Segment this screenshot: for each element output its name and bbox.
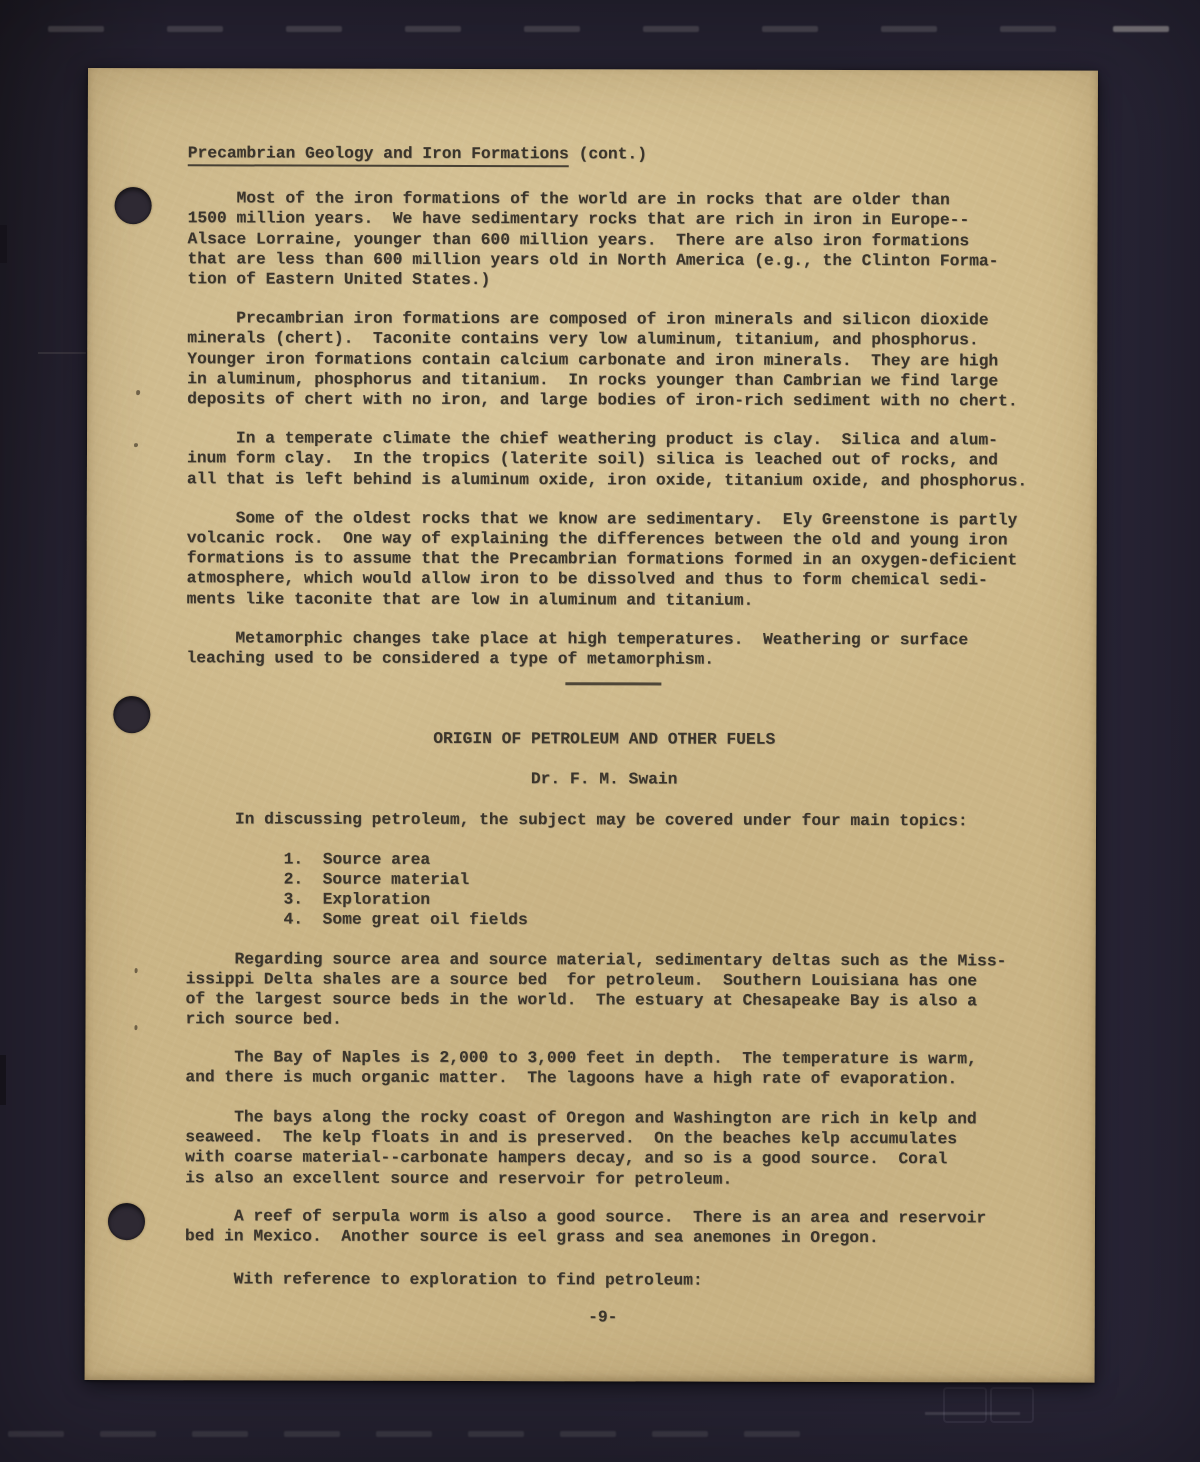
film-mark [100,1431,156,1437]
film-mark [652,1431,708,1437]
film-mark [376,1431,432,1437]
scan-background: Precambrian Geology and Iron Formations … [0,0,1200,1462]
film-mark [881,26,937,32]
film-mark [48,26,104,32]
punch-hole-top [115,187,152,224]
ink-speck [134,1025,137,1030]
ink-speck [134,443,138,447]
topics-list: 1. Source area 2. Source material 3. Exp… [186,849,1038,932]
film-mark [524,26,580,32]
document-page: Precambrian Geology and Iron Formations … [85,68,1098,1383]
film-mark [468,1431,524,1437]
film-mark [286,26,342,32]
film-edge-nick [0,225,7,263]
section-heading-underlined: Precambrian Geology and Iron Formations [188,143,569,167]
film-edge-nick [0,1055,6,1105]
paragraph-precambrian-minerals: Precambrian iron formations are composed… [187,308,1039,411]
paragraph-bay-of-naples: The Bay of Naples is 2,000 to 3,000 feet… [185,1047,1037,1090]
film-mark [284,1431,340,1437]
typewritten-content: Precambrian Geology and Iron Formations … [185,143,1040,1329]
paragraph-oldest-rocks: Some of the oldest rocks that we know ar… [187,508,1039,611]
paragraph-serpula-reef: A reef of serpula worm is also a good so… [185,1206,1037,1249]
film-mark [643,26,699,32]
paragraph-exploration-lead: With reference to exploration to find pe… [185,1269,1037,1291]
film-mark [1113,26,1169,32]
film-mark [8,1431,64,1437]
punch-hole-middle [113,696,150,733]
paragraph-four-topics-intro: In discussing petroleum, the subject may… [186,809,1038,831]
section-heading-suffix: (cont.) [569,144,647,163]
punch-hole-bottom [108,1203,145,1240]
paragraph-source-area: Regarding source area and source materia… [185,949,1037,1032]
film-mark [744,1431,800,1437]
section-divider [565,683,661,686]
section-author: Dr. F. M. Swain [186,769,1022,791]
film-mark [405,26,461,32]
paragraph-iron-formations-age: Most of the iron formations of the world… [187,188,1039,291]
film-mark [560,1431,616,1437]
section-heading: Precambrian Geology and Iron Formations … [188,143,1040,165]
section-title: ORIGIN OF PETROLEUM AND OTHER FUELS [186,729,1022,751]
film-mark [192,1431,248,1437]
paragraph-weathering-clay: In a temperate climate the chief weather… [187,428,1039,491]
ink-speck [135,968,138,973]
film-mark [167,26,223,32]
film-mark [762,26,818,32]
page-number: -9- [185,1307,1021,1329]
counter-ghost-dash [925,1412,1020,1415]
film-scratch [38,352,86,354]
film-mark [1000,26,1056,32]
paragraph-metamorphic-changes: Metamorphic changes take place at high t… [186,628,1038,671]
paragraph-kelp-seaweed: The bays along the rocky coast of Oregon… [185,1107,1037,1190]
counter-ghost [943,1387,987,1423]
counter-ghost [990,1387,1034,1423]
ink-speck [136,390,140,395]
